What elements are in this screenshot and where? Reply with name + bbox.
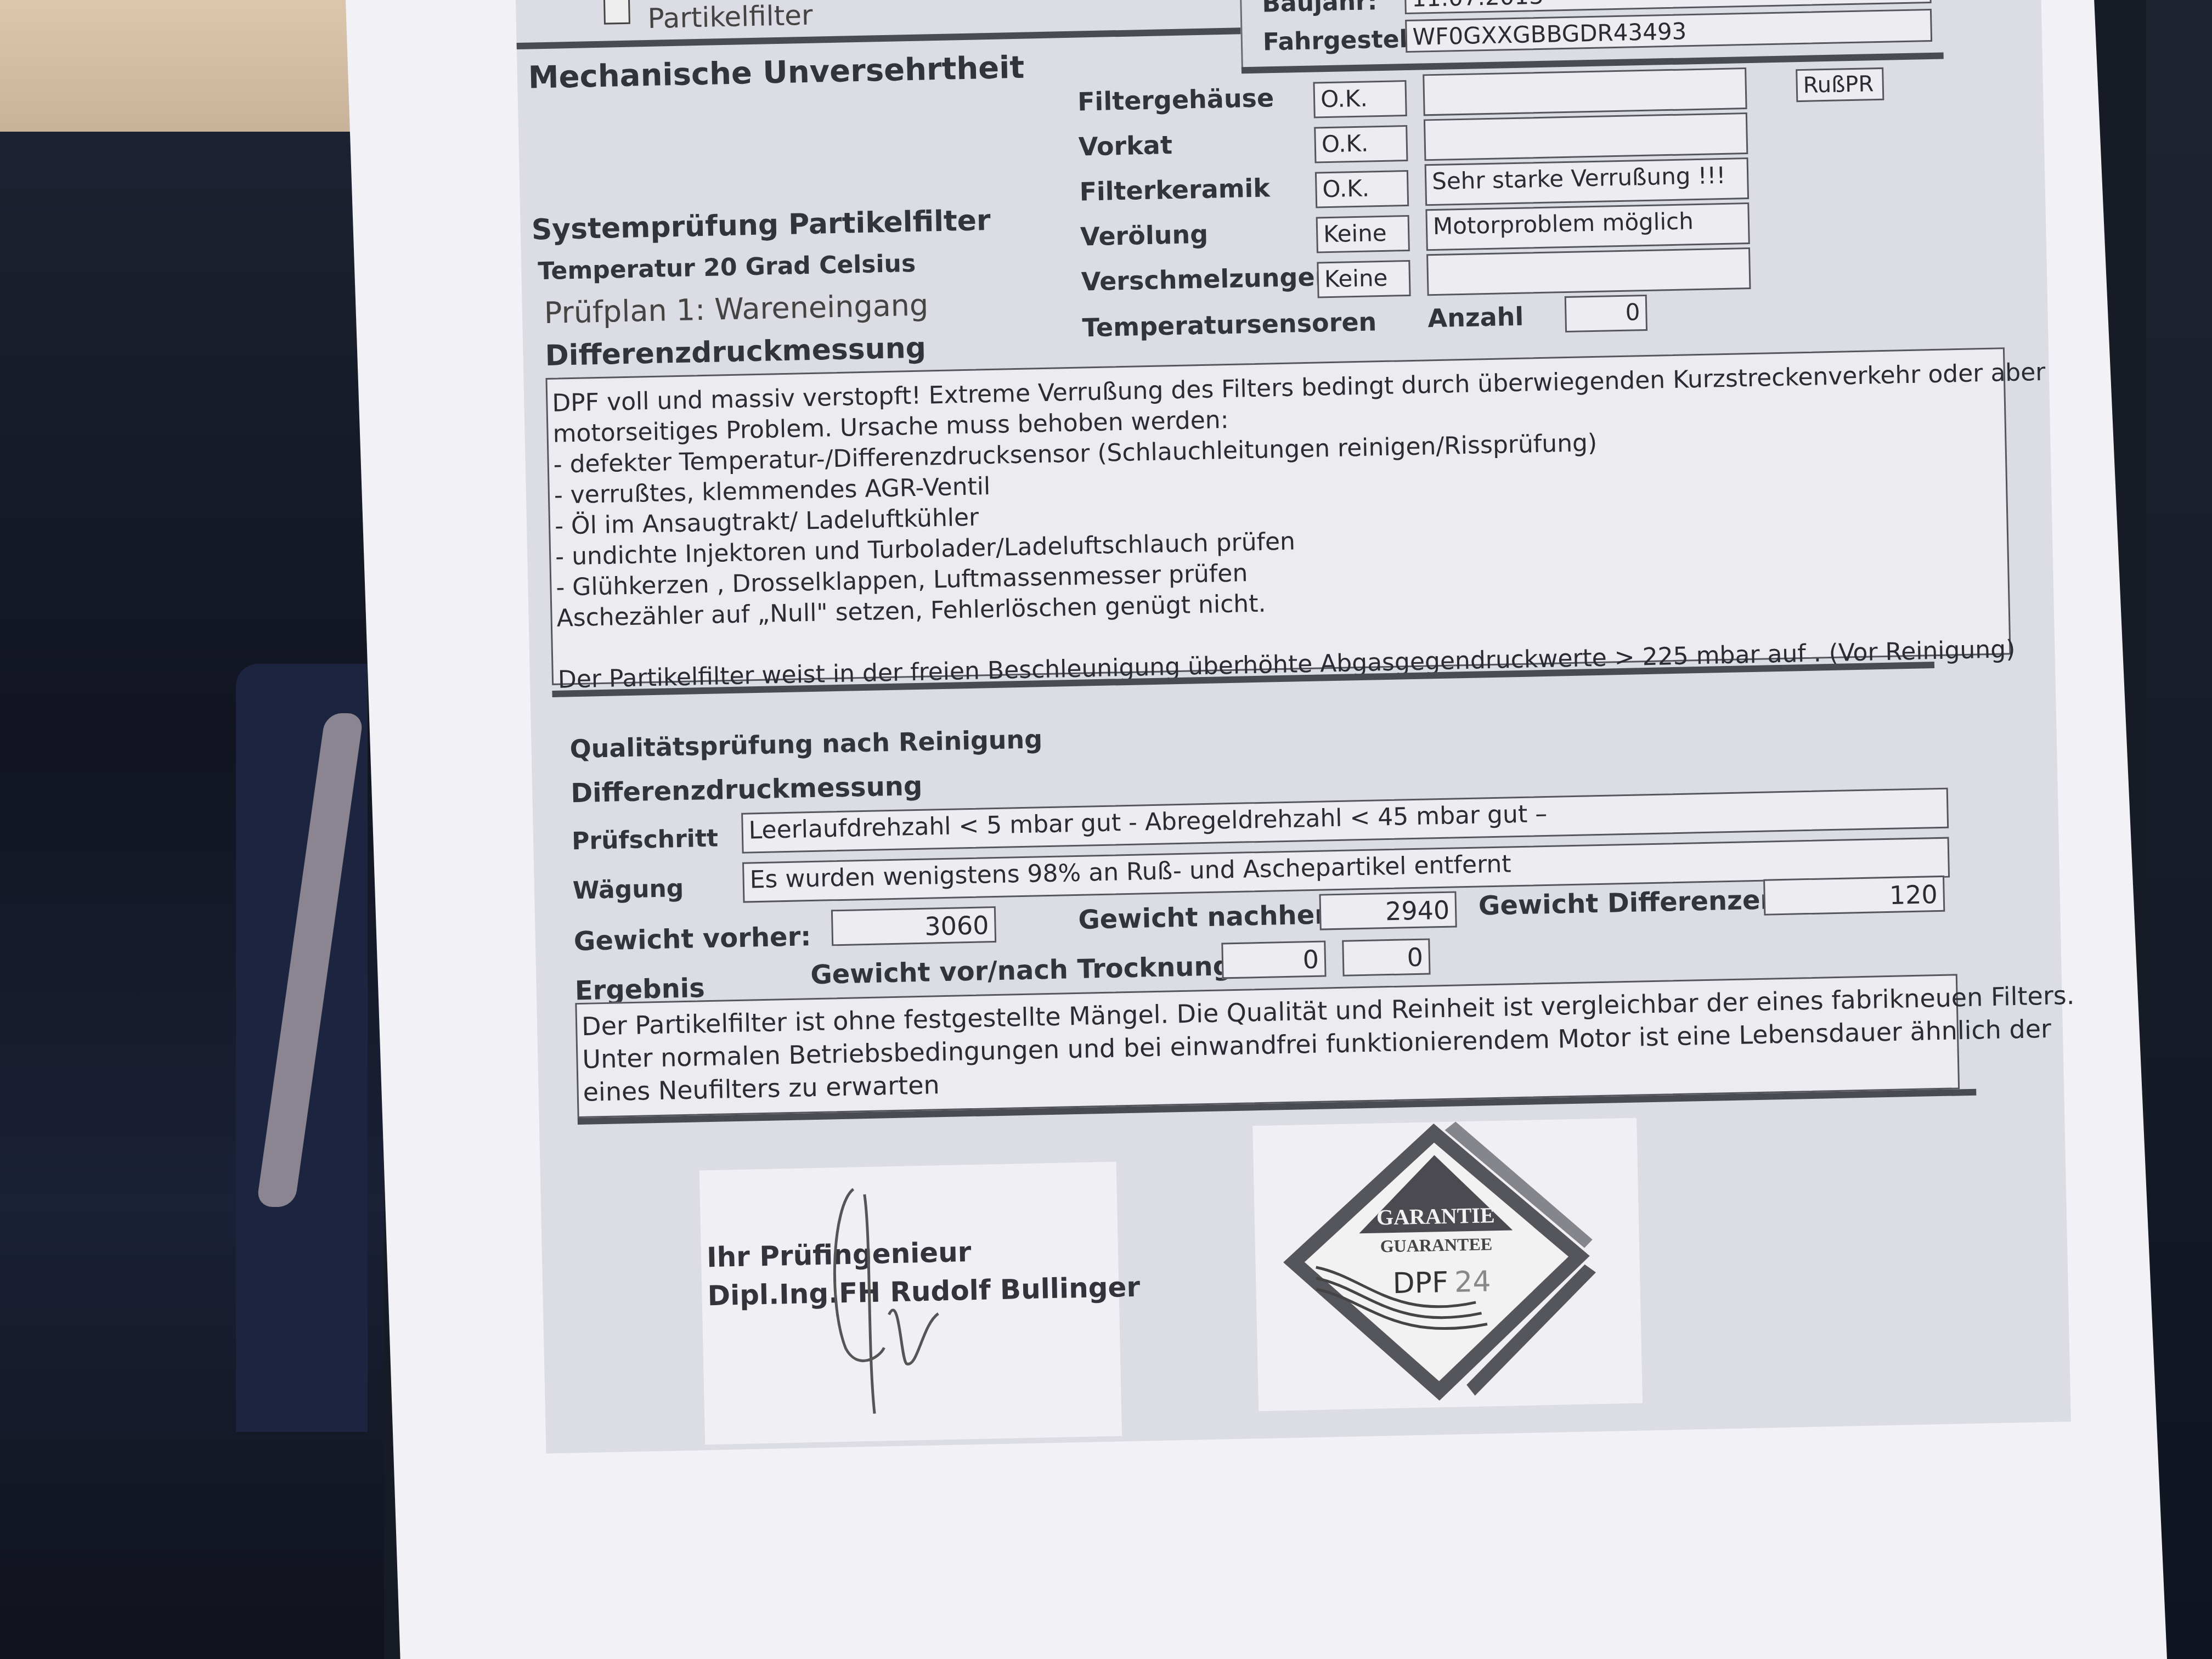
svg-text:24: 24 bbox=[1454, 1265, 1491, 1299]
mech-label-4: Verschmelzungen bbox=[1081, 262, 1333, 297]
gewicht-vorher-field[interactable]: 3060 bbox=[831, 906, 996, 946]
handwritten-signature-icon bbox=[809, 1181, 990, 1415]
trocknung-vor-field[interactable]: 0 bbox=[1221, 940, 1326, 979]
mech-status-3[interactable]: Keine bbox=[1316, 215, 1410, 253]
header-partial-text: ...internem Vorkat bbox=[789, 0, 1007, 6]
anzahl-label: Anzahl bbox=[1427, 302, 1524, 334]
pruefschritt-label: Prüfschritt bbox=[572, 825, 719, 856]
mech-status-2[interactable]: O.K. bbox=[1315, 170, 1409, 208]
diagnosis-textarea[interactable]: DPF voll und massiv verstopft! Extreme V… bbox=[545, 347, 2011, 685]
quality-diff-title: Differenzdruckmessung bbox=[571, 771, 923, 809]
mech-note-0[interactable] bbox=[1423, 67, 1747, 116]
header-divider bbox=[517, 27, 1241, 49]
gewicht-vorher-label: Gewicht vorher: bbox=[573, 921, 811, 957]
header-separator bbox=[1240, 0, 1243, 72]
background-top-surface bbox=[0, 0, 384, 132]
quality-title: Qualitätsprüfung nach Reinigung bbox=[569, 724, 1043, 764]
dpf24-logo-card: GARANTIE GUARANTEE DPF 24 bbox=[1252, 1118, 1643, 1412]
dpf24-guarantee-logo-icon: GARANTIE GUARANTEE DPF 24 bbox=[1252, 1118, 1643, 1412]
fahrgestell-field[interactable]: WF0GXXGBBGDR43493 bbox=[1405, 9, 1932, 53]
temperature-note: Temperatur 20 Grad Celsius bbox=[538, 250, 916, 285]
russpr-badge: RußPR bbox=[1796, 67, 1884, 102]
mech-status-0[interactable]: O.K. bbox=[1313, 80, 1407, 119]
pruefplan-label: Prüfplan 1: Wareneingang bbox=[544, 287, 929, 330]
gewicht-diff-field[interactable]: 120 bbox=[1763, 876, 1945, 916]
svg-text:DPF: DPF bbox=[1392, 1266, 1449, 1300]
mech-label-2: Filterkeramik bbox=[1079, 173, 1270, 206]
gewicht-diff-label: Gewicht Differenzen: bbox=[1478, 884, 1790, 922]
partikelfilter-checkbox-label: Partikelfilter bbox=[647, 0, 813, 35]
system-title: Systemprüfung Partikelfilter bbox=[531, 204, 991, 247]
fahrgestell-label: Fahrgestell: bbox=[1262, 25, 1425, 56]
mech-label-0: Filtergehäuse bbox=[1077, 83, 1274, 116]
dpf-test-report: ...internem Vorkat Partikelfilter Baujah… bbox=[516, 0, 2071, 1453]
mech-note-3[interactable]: Motorproblem möglich bbox=[1425, 202, 1750, 251]
mech-note-2[interactable]: Sehr starke Verrußung !!! bbox=[1425, 157, 1749, 206]
anzahl-field[interactable]: 0 bbox=[1565, 295, 1647, 332]
mech-status-4[interactable]: Keine bbox=[1317, 260, 1410, 298]
waegung-label: Wägung bbox=[572, 874, 684, 905]
mech-label-1: Vorkat bbox=[1078, 130, 1172, 162]
mech-note-1[interactable] bbox=[1424, 112, 1748, 161]
trocknung-label: Gewicht vor/nach Trocknung: bbox=[810, 951, 1243, 990]
mechanical-title: Mechanische Unversehrtheit bbox=[528, 50, 1024, 96]
gewicht-nachher-label: Gewicht nachher: bbox=[1078, 899, 1339, 935]
trocknung-nach-field[interactable]: 0 bbox=[1342, 938, 1430, 976]
mech-note-4[interactable] bbox=[1426, 247, 1751, 296]
temp-sensors-label: Temperatursensoren bbox=[1082, 307, 1377, 342]
svg-text:GUARANTEE: GUARANTEE bbox=[1380, 1234, 1492, 1256]
svg-text:GARANTIE: GARANTIE bbox=[1376, 1203, 1495, 1230]
mech-status-1[interactable]: O.K. bbox=[1314, 125, 1408, 163]
diff-pressure-title: Differenzdruckmessung bbox=[545, 331, 927, 373]
signature-card: Ihr Prüfingenieur Dipl.Ing.FH Rudolf Bul… bbox=[699, 1162, 1122, 1445]
baujahr-label: Baujahr: bbox=[1262, 0, 1378, 18]
partikelfilter-checkbox[interactable] bbox=[603, 0, 630, 25]
gewicht-nachher-field[interactable]: 2940 bbox=[1319, 891, 1457, 930]
mech-label-3: Verölung bbox=[1080, 219, 1209, 252]
